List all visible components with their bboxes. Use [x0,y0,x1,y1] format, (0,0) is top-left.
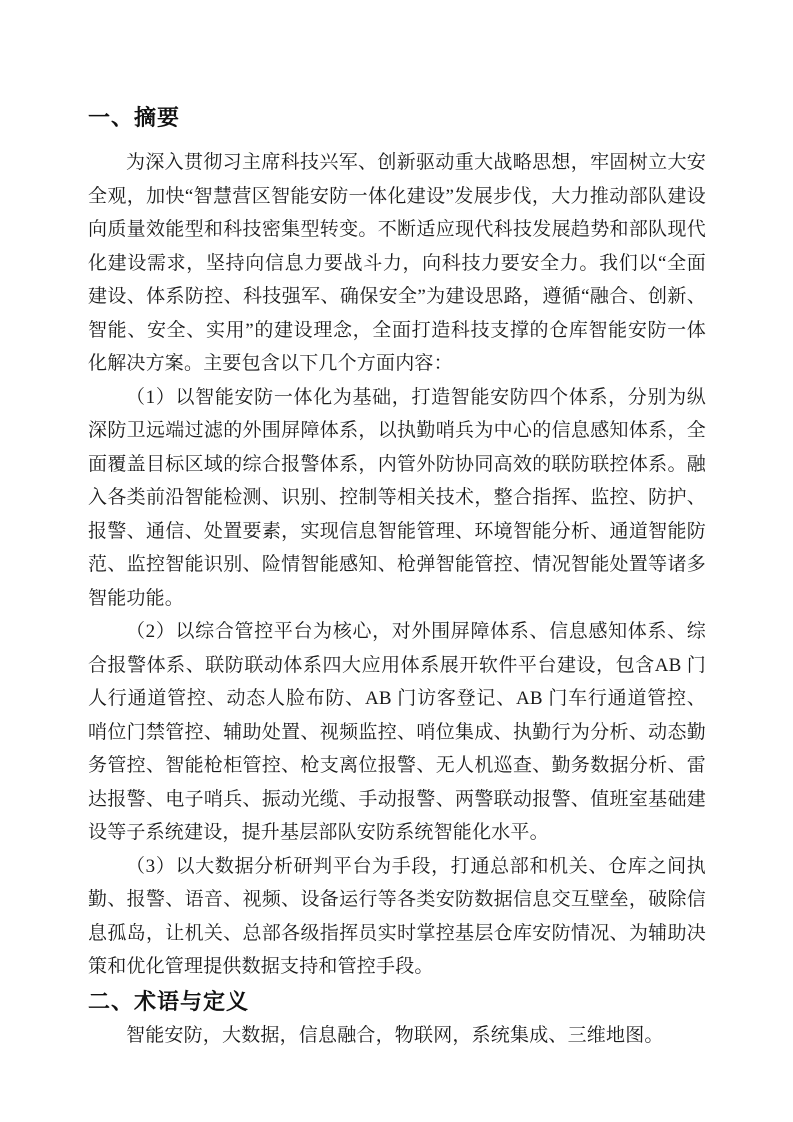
section-heading-terms: 二、术语与定义 [88,985,706,1019]
paragraph-item-3: （3）以大数据分析研判平台为手段，打通总部和机关、仓库之间执勤、报警、语音、视频… [88,850,706,984]
section-heading-abstract: 一、摘要 [88,101,706,135]
paragraph-item-1: （1）以智能安防一体化为基础，打造智能安防四个体系，分别为纵深防卫远端过滤的外围… [88,381,706,616]
document-page: 一、摘要 为深入贯彻习主席科技兴军、创新驱动重大战略思想，牢固树立大安全观，加快… [0,0,793,1122]
paragraph-terms: 智能安防，大数据，信息融合，物联网，系统集成、三维地图。 [88,1019,706,1053]
paragraph-intro: 为深入贯彻习主席科技兴军、创新驱动重大战略思想，牢固树立大安全观，加快“智慧营区… [88,146,706,381]
paragraph-item-2: （2）以综合管控平台为核心，对外围屏障体系、信息感知体系、综合报警体系、联防联动… [88,615,706,850]
